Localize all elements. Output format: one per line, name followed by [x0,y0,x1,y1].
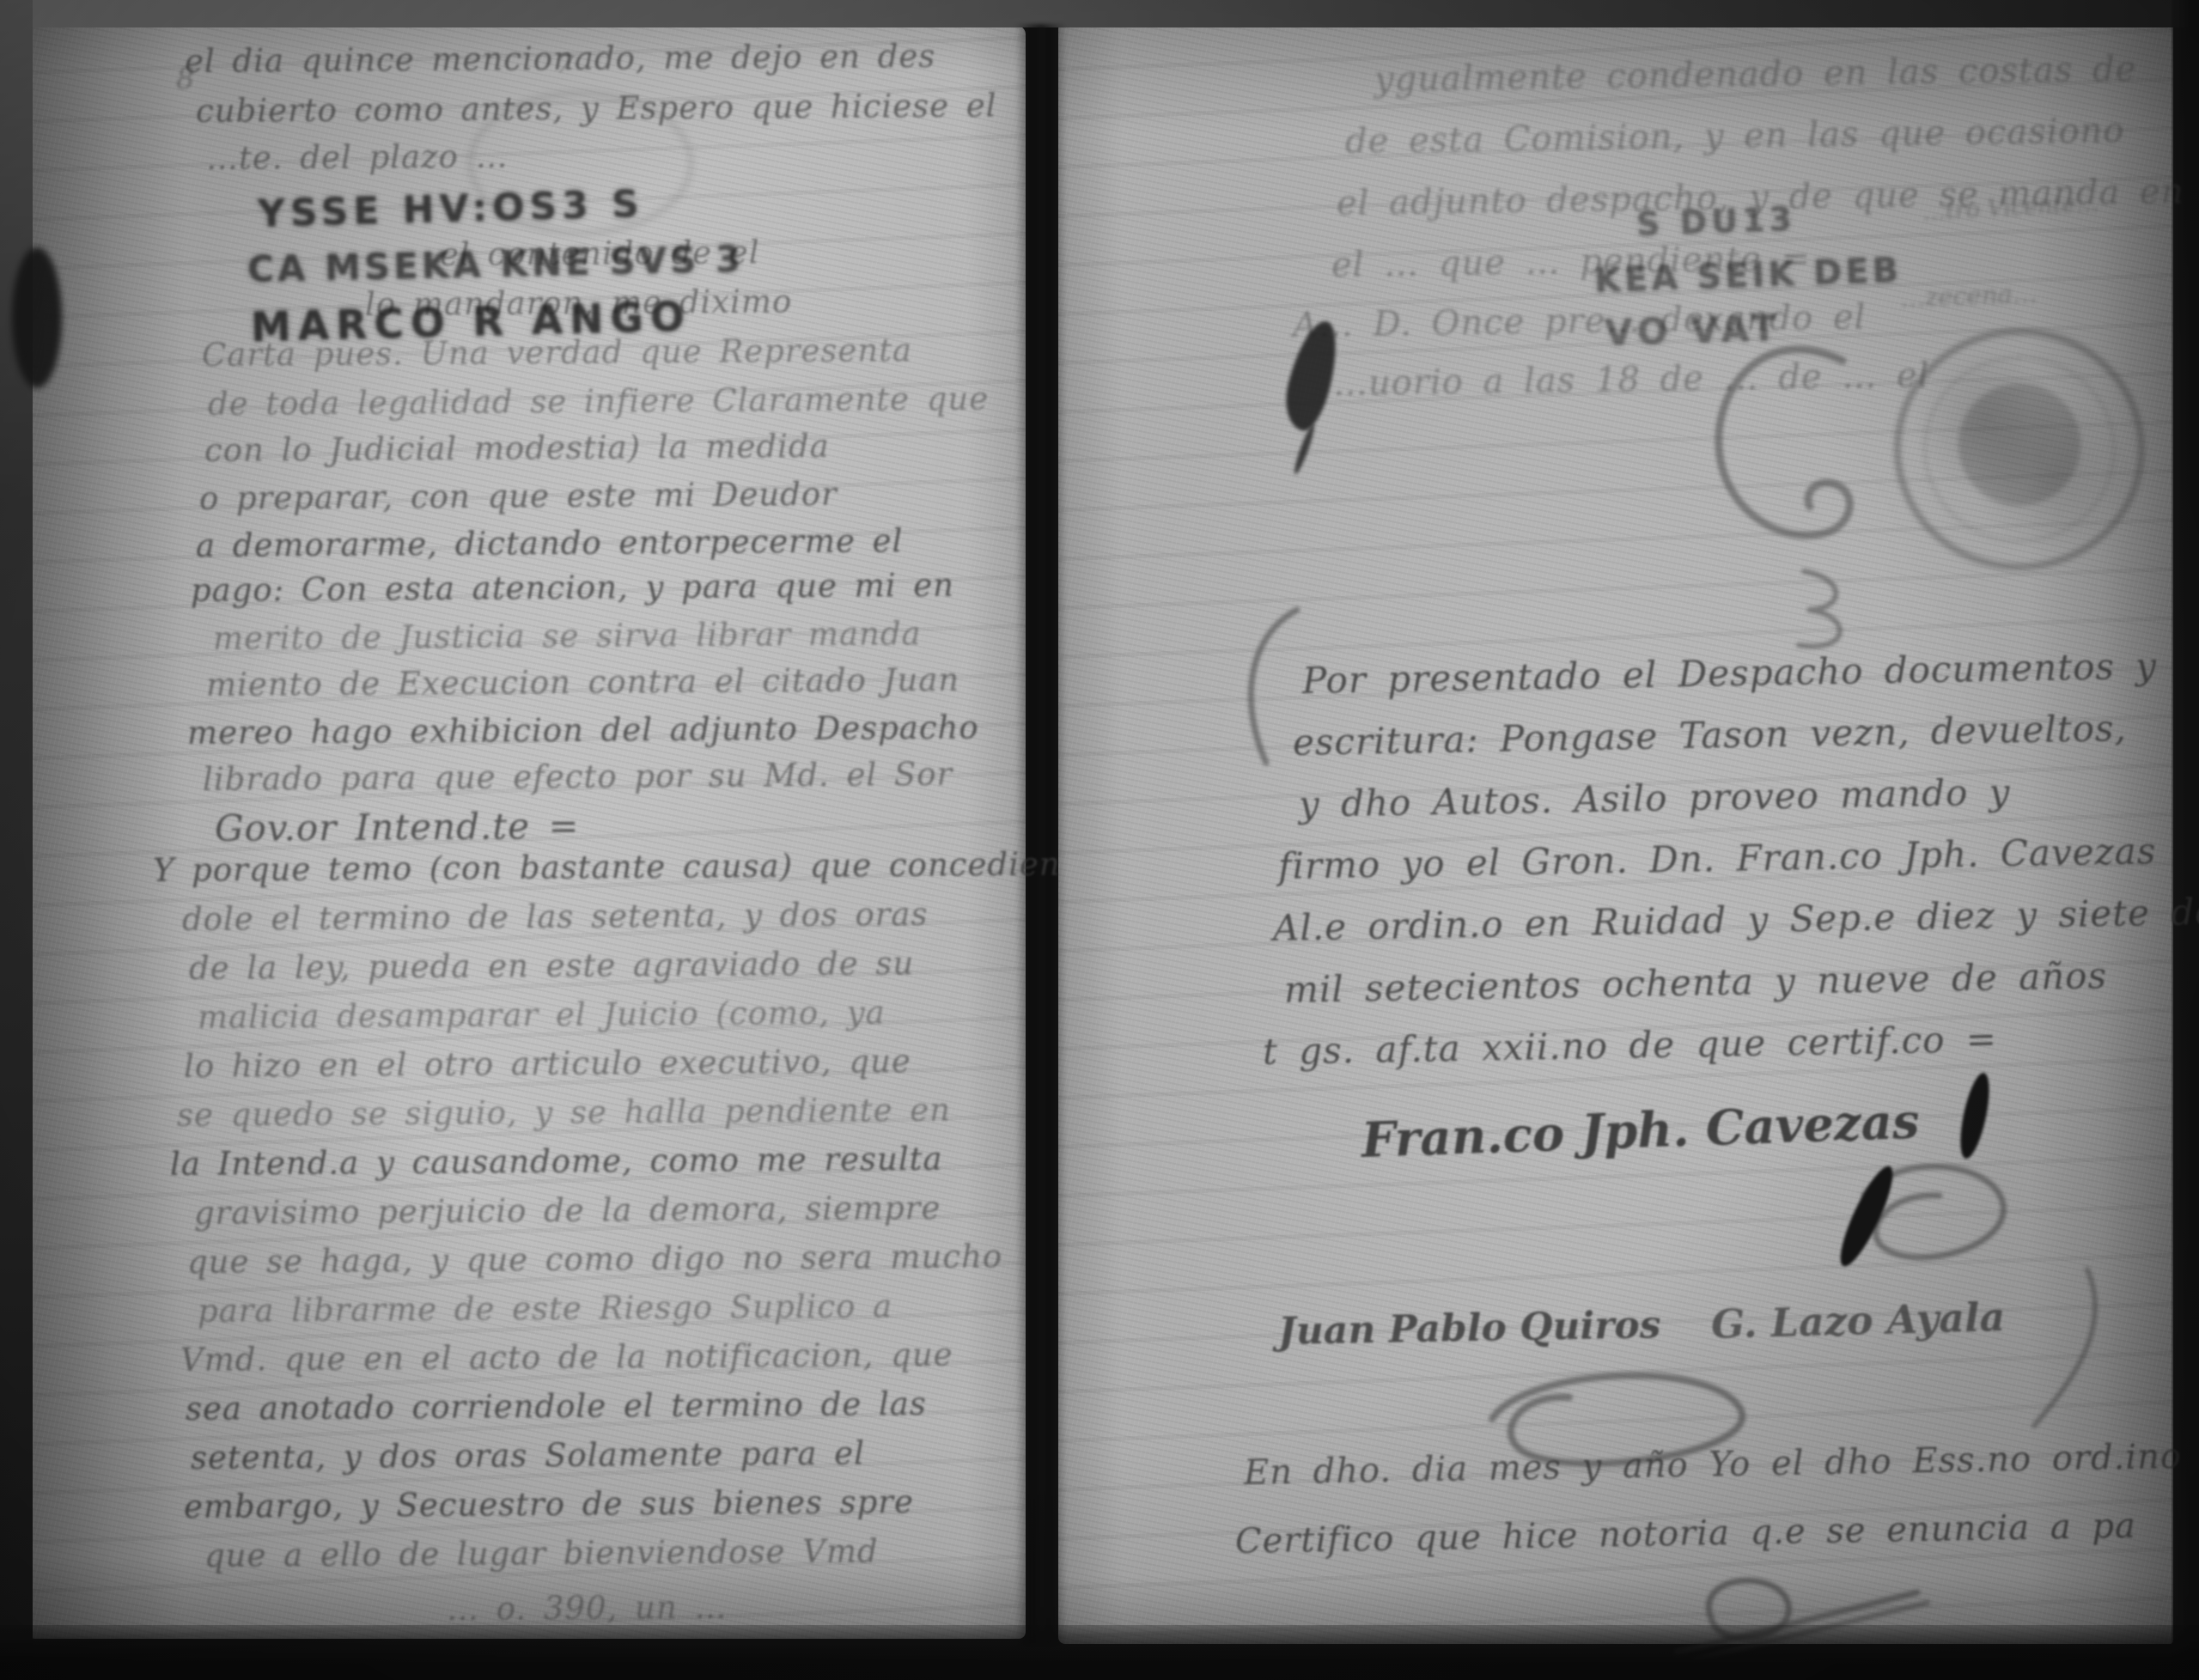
manuscript-line: se quedo se siguio, y se halla pendiente… [177,1092,951,1134]
manuscript-line: a demorarme, dictando entorpecerme el [196,522,904,564]
manuscript-line: Gov.or Intend.te = [215,805,580,849]
manuscript-line: la Intend.a y causandome, como me result… [170,1141,943,1183]
manuscript-line: lo hizo en el otro articulo executivo, q… [184,1043,911,1085]
manuscript-line: merito de Justicia se sirva librar manda [213,615,922,657]
manuscript-line: que a ello de lugar bienviendose Vmd [204,1533,879,1574]
manuscript-line: sea anotado corriendole el termino de la… [186,1385,927,1427]
manuscript-line: para librarme de este Riesgo Suplico a [198,1287,892,1330]
microfilm-scan: 8 7 el dia quince mencionado, me dejo en… [0,0,2199,1680]
calligraphic-flourish [1705,333,1868,548]
manuscript-line: el dia quince mencionado, me dejo en des [185,38,936,80]
manuscript-line: miento de Execucion contra el citado Jua… [206,661,959,703]
manuscript-line-cutoff: … o. 390, un … [447,1589,728,1628]
closing-rubric [1658,1556,1950,1664]
manuscript-line: con lo Judicial modestia) la medida [204,428,830,469]
witness-signature: G. Lazo Ayala [1710,1293,2006,1348]
manuscript-line: gravisimo perjuicio de la demora, siempr… [194,1190,941,1232]
manuscript-line: que se haga, y que como digo no sera muc… [187,1238,1002,1281]
manuscript-line: de toda legalidad se infiere Claramente … [208,380,989,423]
film-edge-right [2172,0,2199,1680]
manuscript-line: …te. del plazo … [206,138,509,177]
manuscript-line: Vmd. que en el acto de la notificacion, … [180,1336,953,1379]
manuscript-line: de la ley, pueda en este agraviado de su [189,945,915,987]
manuscript-line: dole el termino de las setenta, y dos or… [182,896,929,938]
manuscript-line: pago: Con esta atencion, y para que mi e… [191,567,954,609]
film-edge-left [0,0,33,1680]
manuscript-line: o preparar, con que este mi Deudor [199,476,838,517]
manuscript-line: malicia desamparar el Juicio (como, ya [198,994,886,1036]
manuscript-line: setenta, y dos oras Solamente para el [191,1435,865,1476]
witness-signature: Juan Pablo Quiros [1278,1303,1661,1354]
revenue-stamp-line: S DU13 [1636,200,1796,243]
margin-note: …zecena… [1899,278,2038,313]
manuscript-line: embargo, y Secuestro de sus bienes spre [184,1483,914,1525]
manuscript-line: mereo hago exhibicion del adjunto Despac… [187,709,979,752]
manuscript-line: Y porque temo (con bastante causa) que c… [153,846,1061,889]
manuscript-line: cubierto como antes, y Espero que hicies… [196,87,997,130]
rubric-flourish [1776,563,1862,661]
signature-tail-flourish [2017,1261,2107,1437]
manuscript-line: librado para que efecto por su Md. el So… [203,756,953,798]
